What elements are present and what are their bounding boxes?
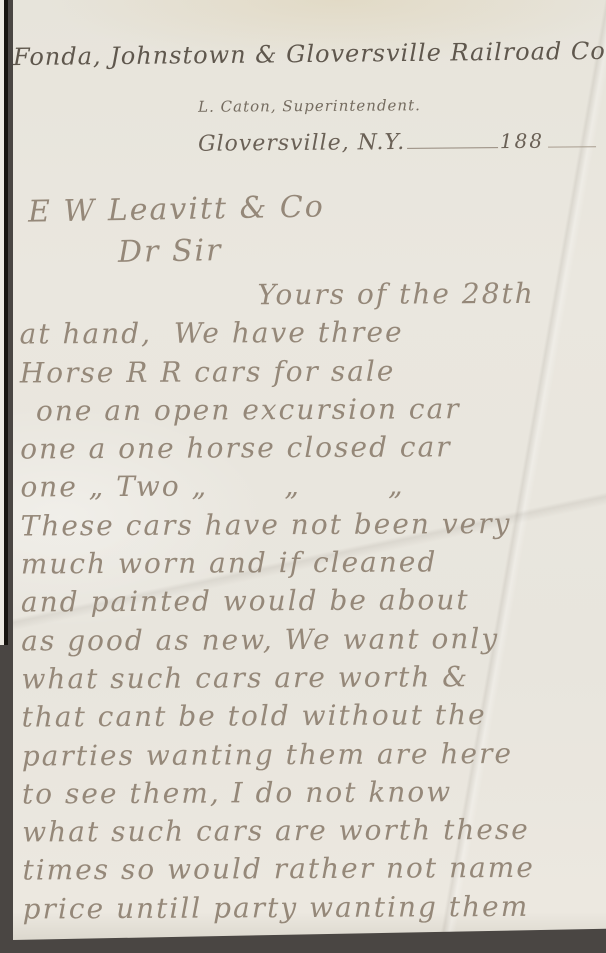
handwritten-line: one „ Two „ „ „ <box>20 467 605 508</box>
handwritten-line: what such cars are worth these <box>22 812 606 853</box>
letterhead-superintendent-line: L. Caton, Superintendent. <box>13 95 606 117</box>
handwritten-line: and painted would be about <box>21 582 606 623</box>
recipient-line: E W Leavitt & Co <box>28 189 325 229</box>
photograph-of-letter: Fonda, Johnstown & Gloversville Railroad… <box>0 0 606 953</box>
letter-body: Yours of the 28th at hand, We have three… <box>19 275 606 929</box>
date-blank-rule <box>407 146 498 149</box>
letterhead-place: Gloversville, N.Y. <box>198 130 405 157</box>
handwritten-line: price untill party wanting them <box>23 888 606 929</box>
handwritten-line: much worn and if cleaned <box>21 544 606 585</box>
handwritten-line: at hand, We have three <box>20 314 605 355</box>
handwritten-line: that cant be told without the <box>22 697 606 738</box>
salutation-line: Dr Sir <box>118 233 223 270</box>
handwritten-line: Horse R R cars for sale <box>20 352 605 393</box>
page-edge-shadow <box>4 0 8 645</box>
letter-paper: Fonda, Johnstown & Gloversville Railroad… <box>13 0 606 940</box>
handwritten-line: to see them, I do not know <box>22 773 606 814</box>
handwritten-line: what such cars are worth & <box>21 658 606 699</box>
letterhead-year-prefix: 188 <box>500 129 544 153</box>
handwritten-line: one a one horse closed car <box>20 429 605 470</box>
handwritten-line: These cars have not been very <box>21 505 606 546</box>
letterhead-dateline: Gloversville, N.Y. 188 <box>198 128 596 156</box>
letterhead-company-name: Fonda, Johnstown & Gloversville Railroad… <box>13 37 606 71</box>
year-blank-rule <box>548 145 596 147</box>
handwritten-line: one an open excursion car <box>20 390 605 431</box>
handwritten-line: Yours of the 28th <box>19 275 604 316</box>
handwritten-line: times so would rather not name <box>22 850 606 891</box>
handwritten-line: as good as new, We want only <box>21 620 606 661</box>
handwritten-line: parties wanting them are here <box>22 735 606 776</box>
